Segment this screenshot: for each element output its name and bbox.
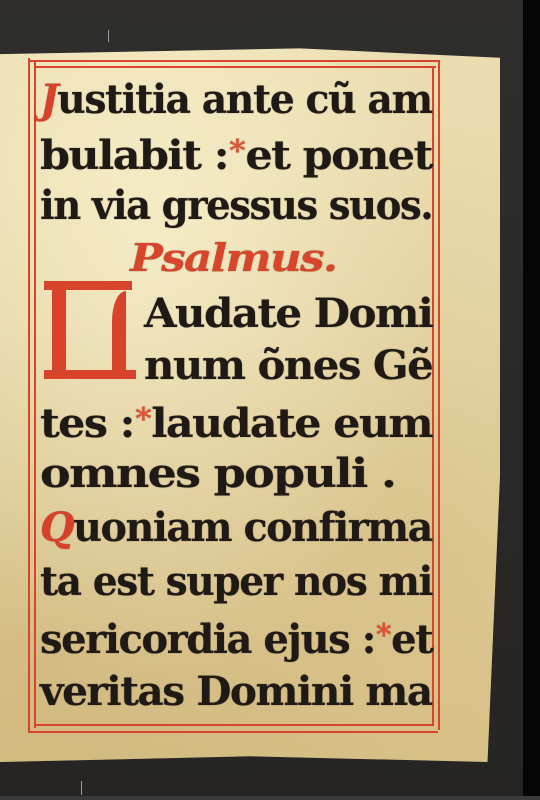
text-line: ta est super nos mi	[40, 554, 432, 610]
frame-right-inner	[432, 66, 434, 726]
bottom-edge-strip	[0, 796, 540, 800]
red-star-icon: *	[376, 618, 390, 653]
red-initial: Q	[40, 504, 73, 551]
frame-left-outer	[28, 58, 30, 731]
frame-top-outer	[28, 60, 438, 62]
text-line: veritas Domini ma	[40, 664, 432, 720]
red-initial: J	[40, 76, 57, 123]
initial-stroke	[112, 291, 126, 379]
text-line: bulabit :*et ponet	[40, 124, 432, 180]
frame-left-inner	[34, 62, 36, 728]
initial-stroke	[44, 370, 136, 379]
large-red-initial	[44, 281, 136, 379]
stray-thread	[108, 30, 109, 42]
text-line: Audate Domi	[144, 286, 432, 342]
red-star-icon: *	[229, 134, 244, 169]
black-edge-strip	[523, 0, 540, 800]
text-line: in via gressus suos.	[40, 178, 432, 234]
text-line: Quoniam confirma	[40, 500, 432, 556]
frame-right-outer	[438, 60, 440, 730]
initial-stroke	[52, 281, 66, 379]
text-line: omnes populi .	[40, 446, 395, 502]
frame-bottom-inner	[34, 724, 434, 726]
frame-bottom-outer	[28, 731, 438, 733]
stray-thread	[81, 781, 82, 795]
frame-top-inner	[34, 66, 436, 68]
rubric-psalmus: Psalmus.	[130, 230, 336, 286]
text-line: sericordia ejus :*et	[40, 608, 432, 664]
text-line: Justitia ante cũ am	[40, 72, 432, 128]
red-star-icon: *	[135, 402, 150, 437]
text-line: tes :*laudate eum	[40, 392, 432, 448]
text-line: num õnes Gẽ	[144, 338, 432, 394]
